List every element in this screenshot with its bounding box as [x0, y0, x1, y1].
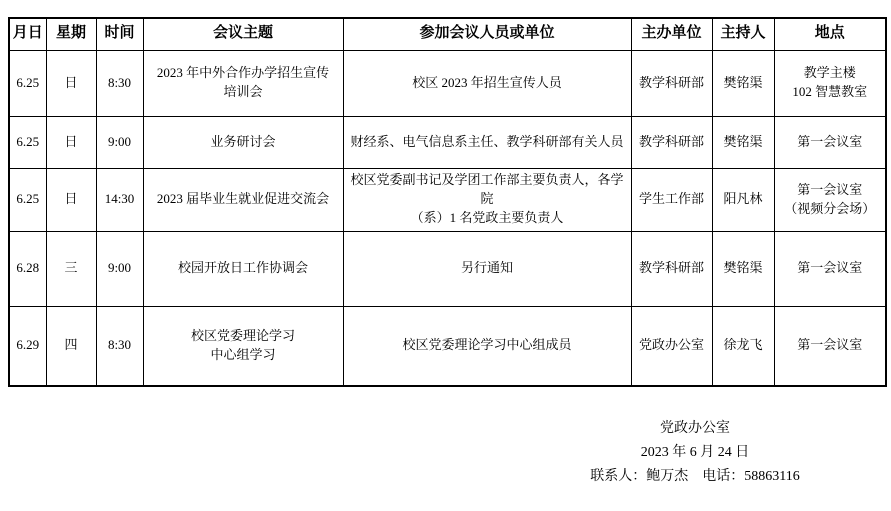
- cell-month-day: 6.28: [9, 231, 46, 306]
- cell-attendees: 校区 2023 年招生宣传人员: [343, 50, 631, 116]
- cell-organizer: 教学科研部: [631, 231, 712, 306]
- cell-host: 樊铭渠: [712, 231, 774, 306]
- cell-organizer: 教学科研部: [631, 50, 712, 116]
- cell-attendees: 校区党委理论学习中心组成员: [343, 306, 631, 386]
- cell-weekday: 日: [46, 168, 96, 231]
- meeting-schedule-page: 月日 星期 时间 会议主题 参加会议人员或单位 主办单位 主持人 地点 6.25…: [0, 0, 891, 511]
- cell-weekday: 日: [46, 116, 96, 168]
- cell-attendees: 另行通知: [343, 231, 631, 306]
- table-row: 6.25 日 14:30 2023 届毕业生就业促进交流会 校区党委副书记及学团…: [9, 168, 886, 231]
- col-header-organizer: 主办单位: [631, 18, 712, 50]
- cell-host: 樊铭渠: [712, 116, 774, 168]
- meeting-schedule-table: 月日 星期 时间 会议主题 参加会议人员或单位 主办单位 主持人 地点 6.25…: [8, 17, 887, 387]
- cell-organizer: 党政办公室: [631, 306, 712, 386]
- cell-topic: 2023 届毕业生就业促进交流会: [143, 168, 343, 231]
- cell-time: 9:00: [96, 116, 143, 168]
- cell-topic: 校区党委理论学习 中心组学习: [143, 306, 343, 386]
- contact-info: 联系人：鲍万杰 电话：58863116: [535, 465, 855, 489]
- cell-location: 第一会议室: [774, 306, 886, 386]
- col-header-location: 地点: [774, 18, 886, 50]
- col-header-host: 主持人: [712, 18, 774, 50]
- cell-location: 第一会议室 （视频分会场）: [774, 168, 886, 231]
- cell-host: 徐龙飞: [712, 306, 774, 386]
- cell-month-day: 6.29: [9, 306, 46, 386]
- table-row: 6.29 四 8:30 校区党委理论学习 中心组学习 校区党委理论学习中心组成员…: [9, 306, 886, 386]
- cell-weekday: 四: [46, 306, 96, 386]
- table-row: 6.25 日 8:30 2023 年中外合作办学招生宣传 培训会 校区 2023…: [9, 50, 886, 116]
- cell-attendees: 校区党委副书记及学团工作部主要负责人，各学院 （系）1 名党政主要负责人: [343, 168, 631, 231]
- table-row: 6.28 三 9:00 校园开放日工作协调会 另行通知 教学科研部 樊铭渠 第一…: [9, 231, 886, 306]
- cell-topic: 业务研讨会: [143, 116, 343, 168]
- cell-time: 9:00: [96, 231, 143, 306]
- cell-location: 第一会议室: [774, 231, 886, 306]
- table-row: 6.25 日 9:00 业务研讨会 财经系、电气信息系主任、教学科研部有关人员 …: [9, 116, 886, 168]
- col-header-time: 时间: [96, 18, 143, 50]
- cell-time: 14:30: [96, 168, 143, 231]
- col-header-weekday: 星期: [46, 18, 96, 50]
- col-header-attendees: 参加会议人员或单位: [343, 18, 631, 50]
- cell-topic: 校园开放日工作协调会: [143, 231, 343, 306]
- cell-month-day: 6.25: [9, 116, 46, 168]
- cell-host: 阳凡林: [712, 168, 774, 231]
- cell-host: 樊铭渠: [712, 50, 774, 116]
- issuing-office: 党政办公室: [535, 417, 855, 441]
- cell-month-day: 6.25: [9, 50, 46, 116]
- cell-location: 第一会议室: [774, 116, 886, 168]
- cell-organizer: 学生工作部: [631, 168, 712, 231]
- cell-topic: 2023 年中外合作办学招生宣传 培训会: [143, 50, 343, 116]
- signature-block: 党政办公室 2023 年 6 月 24 日 联系人：鲍万杰 电话：5886311…: [535, 417, 855, 489]
- cell-location: 教学主楼 102 智慧教室: [774, 50, 886, 116]
- issue-date: 2023 年 6 月 24 日: [535, 441, 855, 465]
- cell-month-day: 6.25: [9, 168, 46, 231]
- header-row: 月日 星期 时间 会议主题 参加会议人员或单位 主办单位 主持人 地点: [9, 18, 886, 50]
- cell-attendees: 财经系、电气信息系主任、教学科研部有关人员: [343, 116, 631, 168]
- col-header-topic: 会议主题: [143, 18, 343, 50]
- col-header-month-day: 月日: [9, 18, 46, 50]
- cell-organizer: 教学科研部: [631, 116, 712, 168]
- cell-weekday: 日: [46, 50, 96, 116]
- cell-time: 8:30: [96, 306, 143, 386]
- cell-weekday: 三: [46, 231, 96, 306]
- cell-time: 8:30: [96, 50, 143, 116]
